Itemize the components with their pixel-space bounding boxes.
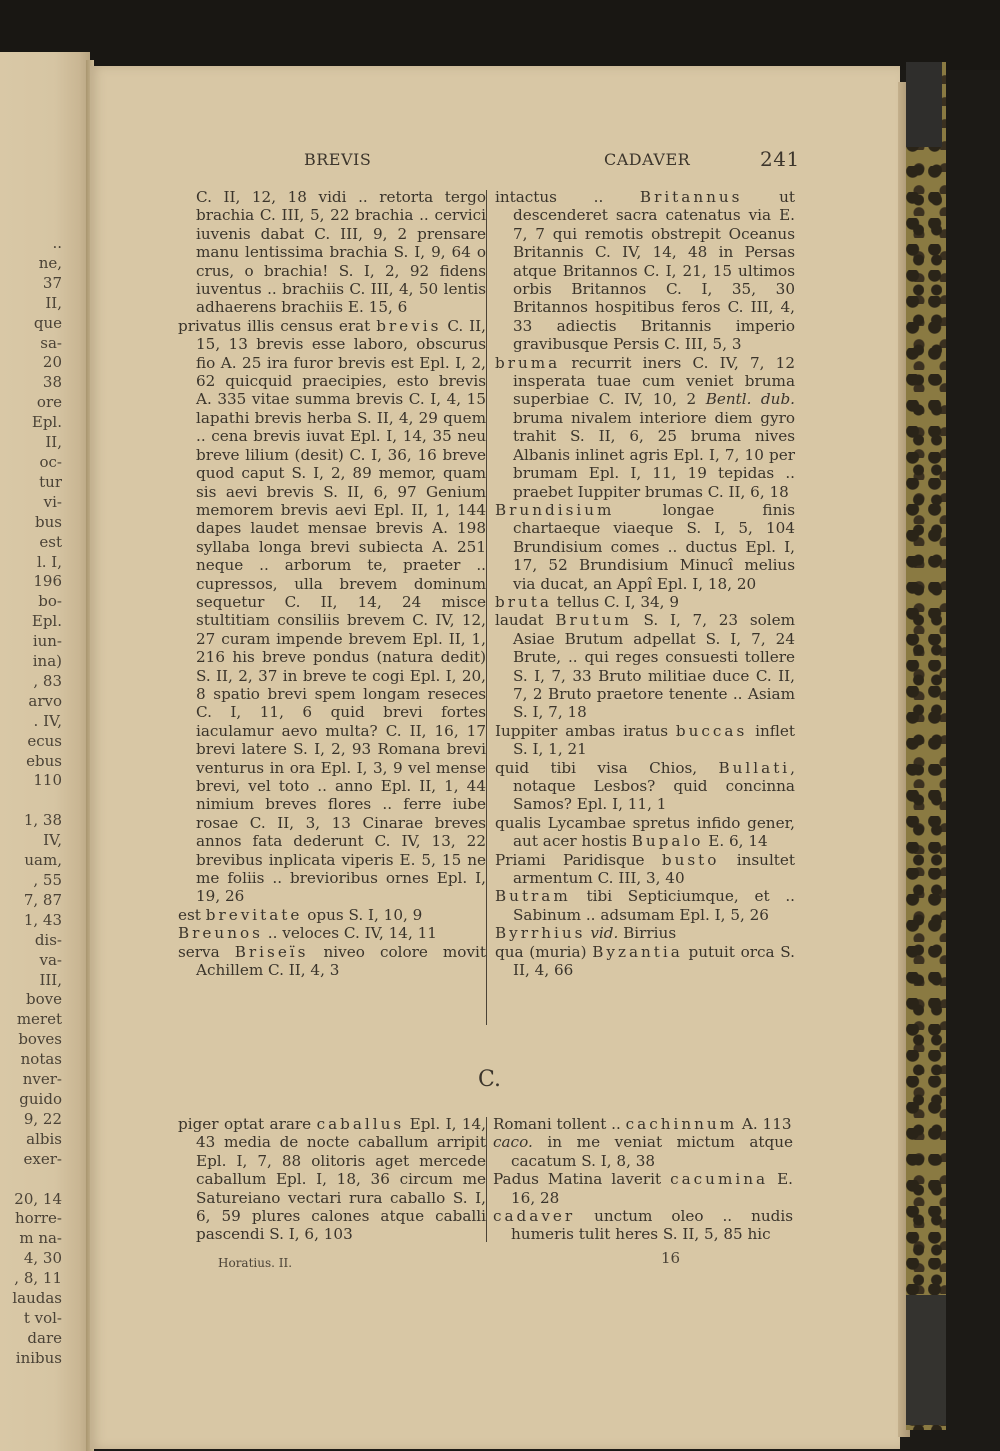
fragment-line [0, 1170, 62, 1190]
headword: brevis [376, 317, 441, 335]
dictionary-entry: piger optat arare caballus Epl. I, 14, 4… [178, 1115, 486, 1244]
fragment-line: ina) [0, 652, 62, 672]
fragment-line: , 55 [0, 871, 62, 891]
fragment-line: vi- [0, 493, 62, 513]
entry-text: serva [178, 943, 235, 961]
headword: Brundisium [495, 501, 614, 519]
scan-background [0, 0, 1000, 70]
headword: Briseïs [235, 943, 309, 961]
fragment-line: notas [0, 1050, 62, 1070]
fragment-line: l. I, [0, 553, 62, 573]
entry-text: Epl. I, 14, 43 media de nocte caballum a… [196, 1115, 486, 1243]
text-column-right: intactus .. Britannus ut descenderet sac… [495, 188, 795, 979]
fragment-line: m na- [0, 1229, 62, 1249]
fragment-line: 20, 14 [0, 1190, 62, 1210]
fragment-line: dis- [0, 931, 62, 951]
dictionary-entry: Priami Paridisque busto insultet armentu… [495, 851, 795, 888]
fragment-line: , 8, 11 [0, 1269, 62, 1289]
fragment-line: dare [0, 1329, 62, 1349]
dictionary-entry: bruma recurrit iners C. IV, 7, 12 insper… [495, 354, 795, 501]
dictionary-entry: Brundisium longae finis chartaeque viaeq… [495, 501, 795, 593]
fragment-line: sa- [0, 334, 62, 354]
page-number: 241 [760, 147, 800, 171]
headword: cacumina [670, 1170, 768, 1188]
entry-text: tellus C. I, 34, 9 [552, 593, 679, 611]
headword: bruta [495, 593, 552, 611]
fragment-line: 37 [0, 274, 62, 294]
dictionary-entry: qua (muria) Byzantia putuit orca S. II, … [495, 943, 795, 980]
italic-note: vid. [590, 924, 618, 942]
italic-note: Bentl. dub. [706, 390, 795, 408]
entry-text: ut descenderet sacra catenatus via E. 7,… [513, 188, 795, 353]
fragment-line: II, [0, 294, 62, 314]
headword: Brutum [555, 611, 632, 629]
headword: Byrrhius [495, 924, 585, 942]
fragment-line [0, 791, 62, 811]
fragment-line: albis [0, 1130, 62, 1150]
entry-text: bruma nivalem interiore diem gyro trahit… [513, 409, 795, 501]
fragment-line: t vol- [0, 1309, 62, 1329]
cover-corner-bottom [906, 1295, 946, 1425]
dictionary-entry: serva Briseïs niveo colore movit Achille… [178, 943, 486, 980]
italic-note: caco. [493, 1133, 533, 1151]
entry-text: .. veloces C. IV, 14, 11 [263, 924, 437, 942]
headword: Bupalo [632, 832, 704, 850]
fragment-line: 9, 22 [0, 1110, 62, 1130]
fragment-line: , 83 [0, 672, 62, 692]
fragment-line: inibus [0, 1349, 62, 1369]
fragment-line: ecus [0, 732, 62, 752]
dictionary-entry: est brevitate opus S. I, 10, 9 [178, 906, 486, 924]
fragment-line: exer- [0, 1150, 62, 1170]
column-divider-section-c [486, 1117, 487, 1242]
entry-text: Birrius [618, 924, 676, 942]
fragment-line: bove [0, 990, 62, 1010]
fragment-line: 1, 43 [0, 911, 62, 931]
previous-page-text-fragment: ..ne,37II,quesa-2038oreEpl.II,oc-turvi-b… [0, 234, 62, 1369]
printer-signature: Horatius. II. [218, 1256, 292, 1270]
dictionary-entry: laudat Brutum S. I, 7, 23 solem Asiae Br… [495, 611, 795, 721]
dictionary-entry: Breunos .. veloces C. IV, 14, 11 [178, 924, 486, 942]
dictionary-entry: intactus .. Britannus ut descenderet sac… [495, 188, 795, 354]
fragment-line: 110 [0, 771, 62, 791]
headword: Britannus [640, 188, 743, 206]
fragment-line: boves [0, 1030, 62, 1050]
dictionary-entry: privatus illis census erat brevis C. II,… [178, 317, 486, 906]
fragment-line: ne, [0, 254, 62, 274]
entry-text: intactus .. [495, 188, 640, 206]
fragment-line: .. [0, 234, 62, 254]
fragment-line: IV, [0, 831, 62, 851]
entry-text: laudat [495, 611, 555, 629]
fragment-line: que [0, 314, 62, 334]
running-head-left: BREVIS [304, 150, 371, 169]
fragment-line: bus [0, 513, 62, 533]
fragment-line: ore [0, 393, 62, 413]
entry-text: in me veniat mictum atque cacatum S. I, … [511, 1133, 793, 1169]
fragment-line: Epl. [0, 413, 62, 433]
entry-text: E. 6, 14 [703, 832, 767, 850]
dictionary-entry: Iuppiter ambas iratus buccas inflet S. I… [495, 722, 795, 759]
fragment-line: bo- [0, 592, 62, 612]
fragment-line: tur [0, 473, 62, 493]
dictionary-entry: Romani tollent .. cachinnum A. 113 [493, 1115, 793, 1133]
entry-text: qua (muria) [495, 943, 592, 961]
fragment-line: oc- [0, 453, 62, 473]
fragment-line: . IV, [0, 712, 62, 732]
headword: Breunos [178, 924, 263, 942]
fragment-line: 1, 38 [0, 811, 62, 831]
headword: brevitate [206, 906, 303, 924]
fragment-line: 38 [0, 373, 62, 393]
headword: Bullati [718, 759, 790, 777]
text-column-right-section-c: Romani tollent .. cachinnum A. 113caco. … [493, 1115, 793, 1244]
cover-corner-top [906, 62, 942, 147]
fragment-line: ebus [0, 752, 62, 772]
section-heading-letter: C. [478, 1067, 501, 1092]
fragment-line: iun- [0, 632, 62, 652]
fragment-line: meret [0, 1010, 62, 1030]
dictionary-entry: Padus Matina laverit cacumina E. 16, 28 [493, 1170, 793, 1207]
entry-text: quid tibi visa Chios, [495, 759, 718, 777]
entry-text: A. 113 [737, 1115, 791, 1133]
text-column-left-section-c: piger optat arare caballus Epl. I, 14, 4… [178, 1115, 486, 1244]
headword: buccas [676, 722, 747, 740]
fragment-line: va- [0, 951, 62, 971]
headword: caballus [317, 1115, 405, 1133]
fragment-line: 196 [0, 572, 62, 592]
fragment-line: horre- [0, 1209, 62, 1229]
fragment-line: 20 [0, 353, 62, 373]
entry-text: C. II, 15, 13 brevis esse laboro, obscur… [196, 317, 486, 906]
running-head-right: CADAVER [604, 150, 690, 169]
entry-text: est [178, 906, 206, 924]
left-page-edge: ..ne,37II,quesa-2038oreEpl.II,oc-turvi-b… [0, 52, 90, 1451]
fragment-line: nver- [0, 1070, 62, 1090]
fragment-line: laudas [0, 1289, 62, 1309]
dictionary-entry: qualis Lycambae spretus infido gener, au… [495, 814, 795, 851]
fragment-line: guido [0, 1090, 62, 1110]
entry-text: opus S. I, 10, 9 [302, 906, 422, 924]
dictionary-entry: Butram tibi Septiciumque, et .. Sabinum … [495, 887, 795, 924]
fragment-line: II, [0, 433, 62, 453]
entry-text: piger optat arare [178, 1115, 317, 1133]
headword: busto [662, 851, 720, 869]
headword: bruma [495, 354, 560, 372]
fragment-line: arvo [0, 692, 62, 712]
entry-text: Romani tollent .. [493, 1115, 626, 1133]
entry-text: privatus illis census erat [178, 317, 376, 335]
fragment-line: 4, 30 [0, 1249, 62, 1269]
fragment-line: Epl. [0, 612, 62, 632]
dictionary-entry: C. II, 12, 18 vidi .. retorta tergo brac… [178, 188, 486, 317]
dictionary-entry: cadaver unctum oleo .. nudis humeris tul… [493, 1207, 793, 1244]
fragment-line: est [0, 533, 62, 553]
headword: Byzantia [592, 943, 683, 961]
sheet-number: 16 [661, 1249, 680, 1267]
headword: Butram [495, 887, 571, 905]
headword: cadaver [493, 1207, 575, 1225]
fragment-line: 7, 87 [0, 891, 62, 911]
dictionary-entry: caco. in me veniat mictum atque cacatum … [493, 1133, 793, 1170]
entry-text: Priami Paridisque [495, 851, 662, 869]
dictionary-entry: bruta tellus C. I, 34, 9 [495, 593, 795, 611]
fragment-line: uam, [0, 851, 62, 871]
entry-text: Iuppiter ambas iratus [495, 722, 676, 740]
text-column-left: C. II, 12, 18 vidi .. retorta tergo brac… [178, 188, 486, 979]
headword: cachinnum [626, 1115, 737, 1133]
fragment-line: III, [0, 971, 62, 991]
entry-text: C. II, 12, 18 vidi .. retorta tergo brac… [196, 188, 486, 316]
dictionary-entry: quid tibi visa Chios, Bullati, notaque L… [495, 759, 795, 814]
dictionary-entry: Byrrhius vid. Birrius [495, 924, 795, 942]
entry-text: Padus Matina laverit [493, 1170, 670, 1188]
column-divider [486, 190, 487, 1025]
marbled-book-cover [906, 62, 946, 1430]
